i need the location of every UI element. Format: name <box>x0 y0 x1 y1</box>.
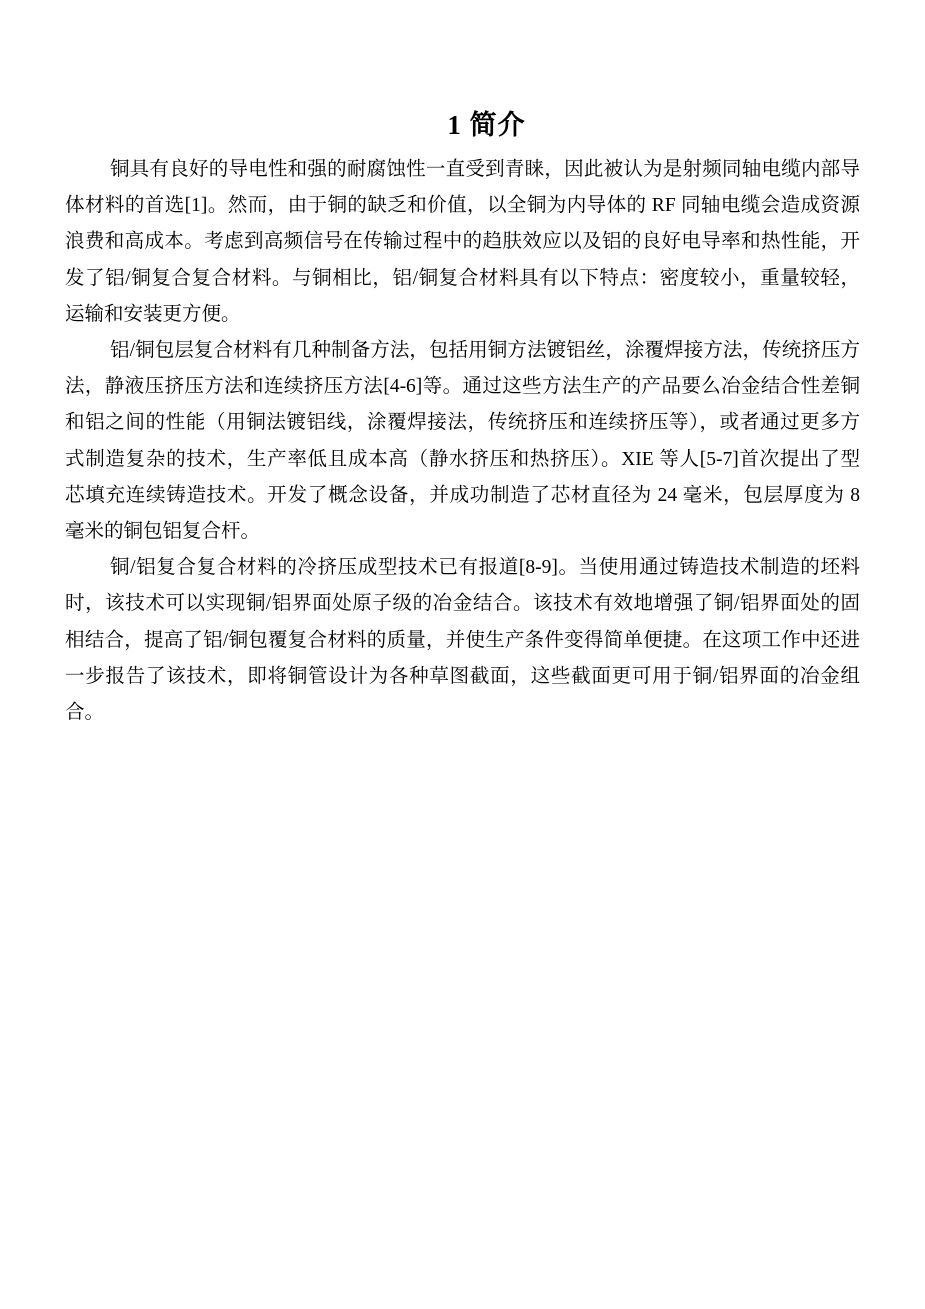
text-line: 浪费和高成本。考虑到高频信号在传输过程中的趋肤效应以及铝的良好电导率和热性能，开 <box>65 224 860 260</box>
text-line: 式制造复杂的技术，生产率低且成本高（静水挤压和热挤压）。XIE 等人[5-7]首… <box>65 442 860 478</box>
text-line: 体材料的首选[1]。然而，由于铜的缺乏和价值，以全铜为内导体的 RF 同轴电缆会… <box>65 188 860 224</box>
text-line: 毫米的铜包铝复合杆。 <box>65 514 860 550</box>
text-line: 时，该技术可以实现铜/铝界面处原子级的冶金结合。该技术有效地增强了铜/铝界面处的… <box>65 586 860 622</box>
text-line: 发了铝/铜复合复合材料。与铜相比，铝/铜复合材料具有以下特点：密度较小，重量较轻… <box>65 261 860 297</box>
text-line: 铝/铜包层复合材料有几种制备方法，包括用铜方法镀铝丝，涂覆焊接方法，传统挤压方 <box>65 333 860 369</box>
text-line: 运输和安装更方便。 <box>65 297 860 333</box>
document-page: 1 简介 铜具有良好的导电性和强的耐腐蚀性一直受到青睐，因此被认为是射频同轴电缆… <box>0 0 925 1309</box>
text-line: 法，静液压挤压方法和连续挤压方法[4-6]等。通过这些方法生产的产品要么冶金结合… <box>65 369 860 405</box>
text-line: 铜/铝复合复合材料的冷挤压成型技术已有报道[8-9]。当使用通过铸造技术制造的坯… <box>65 550 860 586</box>
text-line: 芯填充连续铸造技术。开发了概念设备，并成功制造了芯材直径为 24 毫米，包层厚度… <box>65 478 860 514</box>
paragraph: 铝/铜包层复合材料有几种制备方法，包括用铜方法镀铝丝，涂覆焊接方法，传统挤压方法… <box>65 333 860 550</box>
paragraph: 铜具有良好的导电性和强的耐腐蚀性一直受到青睐，因此被认为是射频同轴电缆内部导体材… <box>65 152 860 333</box>
paragraph: 铜/铝复合复合材料的冷挤压成型技术已有报道[8-9]。当使用通过铸造技术制造的坯… <box>65 550 860 731</box>
text-line: 相结合，提高了铝/铜包覆复合材料的质量，并使生产条件变得简单便捷。在这项工作中还… <box>65 623 860 659</box>
document-body: 铜具有良好的导电性和强的耐腐蚀性一直受到青睐，因此被认为是射频同轴电缆内部导体材… <box>65 152 860 731</box>
text-line: 和铝之间的性能（用铜法镀铝线，涂覆焊接法，传统挤压和连续挤压等），或者通过更多方 <box>65 405 860 441</box>
text-line: 合。 <box>65 695 860 731</box>
section-heading: 1 简介 <box>65 108 860 142</box>
text-line: 铜具有良好的导电性和强的耐腐蚀性一直受到青睐，因此被认为是射频同轴电缆内部导 <box>65 152 860 188</box>
text-line: 一步报告了该技术，即将铜管设计为各种草图截面，这些截面更可用于铜/铝界面的冶金组 <box>65 659 860 695</box>
